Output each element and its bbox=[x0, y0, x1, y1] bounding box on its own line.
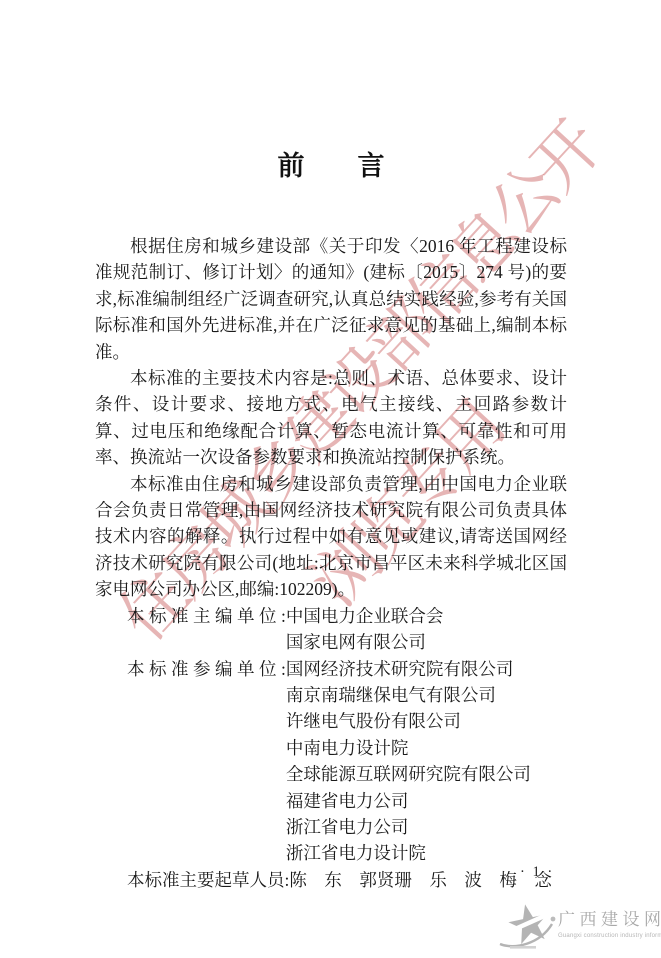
paragraph-basis: 根据住房和城乡建设部《关于印发〈2016 年工程建设标准规范制订、修订计划〉的通… bbox=[95, 233, 567, 365]
co-editor-unit: 浙江省电力公司 bbox=[286, 814, 567, 840]
chief-editor-label: 本标准主编单位 bbox=[127, 603, 281, 629]
drafters-names: 陈 东 郭贤珊 乐 波 梅 念 bbox=[289, 867, 552, 893]
document-page: 住房城乡建设部信息公开 浏览专用 前 言 根据住房和城乡建设部《关于印发〈201… bbox=[0, 0, 661, 958]
page-number: · 1 · bbox=[520, 864, 580, 881]
chief-editor-unit: 中国电力企业联合会 bbox=[286, 603, 567, 629]
page-title-char-1: 前 bbox=[278, 151, 305, 181]
chief-editor-unit: 国家电网有限公司 bbox=[286, 629, 567, 655]
co-editor-unit: 中南电力设计院 bbox=[286, 735, 567, 761]
co-editor-unit: 福建省电力公司 bbox=[286, 788, 567, 814]
co-editor-unit: 浙江省电力设计院 bbox=[286, 840, 567, 866]
co-editor-unit: 许继电气股份有限公司 bbox=[286, 708, 567, 734]
chief-editor-units: 中国电力企业联合会 国家电网有限公司 bbox=[286, 603, 567, 656]
co-editor-unit: 全球能源互联网研究院有限公司 bbox=[286, 761, 567, 787]
co-editor-unit: 南京南瑞继保电气有限公司 bbox=[286, 682, 567, 708]
star-icon bbox=[496, 898, 556, 952]
co-editor-row: 本标准参编单位: 国网经济技术研究院有限公司 南京南瑞继保电气有限公司 许继电气… bbox=[127, 656, 567, 867]
page-title-char-2: 言 bbox=[358, 151, 385, 181]
site-name: 广西建设网 bbox=[558, 910, 661, 930]
site-logo-text: 广西建设网 Guangxi construction industry info… bbox=[558, 910, 661, 940]
site-logo: 广西建设网 Guangxi construction industry info… bbox=[496, 898, 661, 952]
co-editor-label: 本标准参编单位 bbox=[127, 656, 281, 682]
paragraph-contents: 本标准的主要技术内容是:总则、术语、总体要求、设计条件、设计要求、接地方式、电气… bbox=[95, 365, 567, 471]
drafters-row: 本标准主要起草人员: 陈 东 郭贤珊 乐 波 梅 念 bbox=[127, 867, 567, 893]
co-editor-unit: 国网经济技术研究院有限公司 bbox=[286, 656, 567, 682]
site-tagline: Guangxi construction industry informatio… bbox=[558, 932, 661, 940]
co-editor-units: 国网经济技术研究院有限公司 南京南瑞继保电气有限公司 许继电气股份有限公司 中南… bbox=[286, 656, 567, 867]
foreword-body: 根据住房和城乡建设部《关于印发〈2016 年工程建设标准规范制订、修订计划〉的通… bbox=[95, 233, 567, 893]
drafters-label: 本标准主要起草人员 bbox=[127, 867, 285, 893]
chief-editor-row: 本标准主编单位: 中国电力企业联合会 国家电网有限公司 bbox=[127, 603, 567, 656]
paragraph-management: 本标准由住房和城乡建设部负责管理,由中国电力企业联合会负责日常管理,由国网经济技… bbox=[95, 471, 567, 603]
page-title: 前 言 bbox=[95, 151, 567, 181]
